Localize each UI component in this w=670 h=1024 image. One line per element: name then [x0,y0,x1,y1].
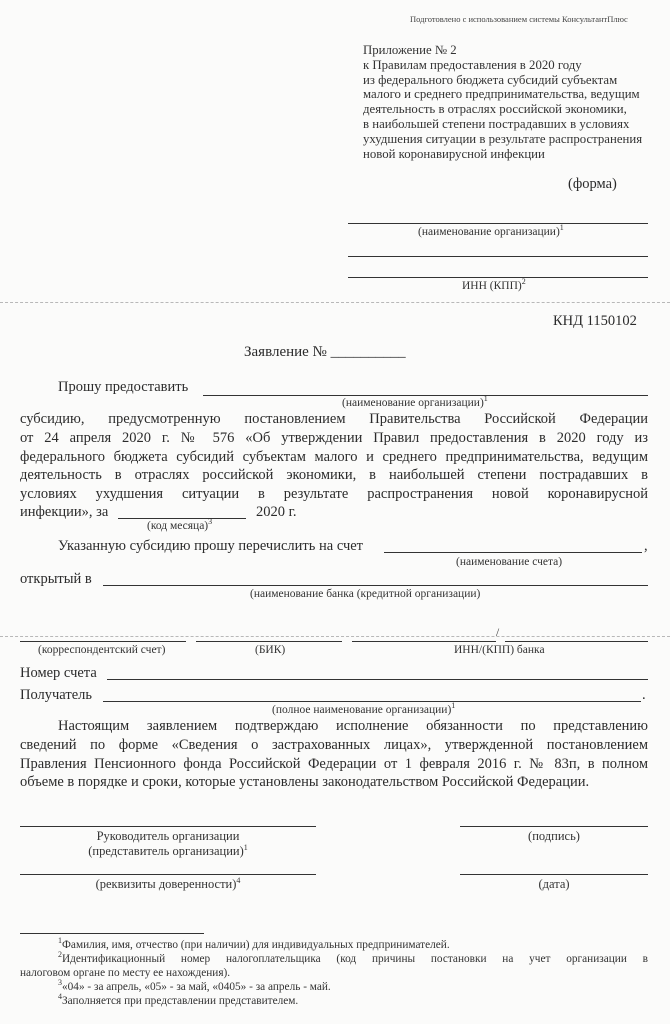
recipient-hint: (полное наименование организации)1 [272,704,455,716]
inn-field[interactable] [348,277,648,278]
footnote-separator [20,933,204,934]
scan-fold-line [0,302,670,303]
head-hint: Руководитель организации (представитель … [20,829,316,859]
poa-field[interactable] [20,874,316,875]
opened-in-label: открытый в [20,570,92,589]
month-code-field[interactable] [118,518,246,519]
scan-fold-line-2 [0,636,670,637]
recipient-field[interactable] [103,701,641,702]
footnote-3: 3«04» - за апрель, «05» - за май, «0405»… [20,980,648,994]
corr-account-field[interactable] [20,641,186,642]
signature-hint: (подпись) [460,829,648,844]
bik-hint: (БИК) [255,644,285,656]
paragraph-line: условиях ухудшения ситуации в результате… [20,485,648,504]
paragraph-line: от 24 апреля 2020 г. № 576 «Об утвержден… [20,429,648,448]
signature-field[interactable] [460,826,648,827]
org-name-field-2[interactable] [348,256,648,257]
paragraph-line: субсидию, предусмотренную постановлением… [20,410,648,429]
footnotes: 1Фамилия, имя, отчество (при наличии) дл… [20,938,648,1008]
comma: , [644,537,648,556]
appendix-line: Приложение № 2 [363,43,642,58]
bank-inn-field[interactable] [352,641,496,642]
footnote-1: 1Фамилия, имя, отчество (при наличии) дл… [20,938,648,952]
appendix-line: в наибольшей степени пострадавших в усло… [363,117,642,132]
month-code-hint: (код месяца)3 [147,520,212,532]
recipient-label: Получатель [20,686,92,705]
org-name-field[interactable] [348,223,648,224]
appendix-line: малого и среднего предпринимательства, в… [363,87,642,102]
footnote-2-cont: налоговом органе по месту ее нахождения)… [20,966,648,980]
paragraph-line: деятельность в отраслях российской эконо… [20,466,648,485]
confirmation-line: Настоящим заявлением подтверждаю исполне… [58,717,648,736]
appendix-line: к Правилам предоставления в 2020 году [363,58,642,73]
appendix-line: деятельность в отраслях российской эконо… [363,102,642,117]
paragraph-last-prefix: инфекции», за [20,503,108,522]
bank-inn-hint: ИНН/(КПП) банка [454,644,545,656]
page-title: Заявление № __________ [244,344,406,361]
bank-name-field[interactable] [103,585,648,586]
request-label: Прошу предоставить [58,378,188,397]
footnote-2: 2Идентификационный номер налогоплательщи… [20,952,648,966]
head-name-field[interactable] [20,826,316,827]
head-hint-line2: (представитель организации)1 [20,844,316,859]
slash: / [496,627,499,639]
appendix-line: из федерального бюджета субсидий субъект… [363,73,642,88]
confirmation-last-line: объеме в порядке и сроки, которые устано… [20,773,589,792]
org-name-hint: (наименование организации)1 [418,226,564,238]
form-label: (форма) [568,176,617,193]
confirmation-line: сведений по форме «Сведения о застрахова… [20,736,648,755]
request-org-field[interactable] [203,395,648,396]
head-hint-line1: Руководитель организации [20,829,316,844]
account-name-field[interactable] [384,552,642,553]
corr-account-hint: (корреспондентский счет) [38,644,165,656]
period: . [642,686,646,705]
account-name-hint: (наименование счета) [456,556,562,568]
inn-hint: ИНН (КПП)2 [462,280,526,292]
request-org-hint: (наименование организации)1 [342,397,488,409]
account-number-field[interactable] [107,679,648,680]
paragraph-line: федерального бюджета субсидий субъектам … [20,448,648,467]
footnote-4: 4Заполняется при представлении представи… [20,994,648,1008]
knd-code: КНД 1150102 [553,313,637,330]
appendix-block: Приложение № 2 к Правилам предоставления… [363,43,642,161]
appendix-line: ухудшения ситуации в результате распрост… [363,132,642,147]
date-field[interactable] [460,874,648,875]
date-hint: (дата) [460,877,648,892]
appendix-line: новой коронавирусной инфекции [363,147,642,162]
confirmation-line: Правления Пенсионного фонда Российской Ф… [20,755,648,774]
consultant-plus-header: Подготовлено с использованием системы Ко… [410,14,628,24]
paragraph-last-suffix: 2020 г. [256,503,297,522]
transfer-label: Указанную субсидию прошу перечислить на … [58,537,363,556]
bank-kpp-field[interactable] [505,641,648,642]
bank-name-hint: (наименование банка (кредитной организац… [250,588,480,600]
account-number-label: Номер счета [20,664,97,683]
bik-field[interactable] [196,641,342,642]
poa-hint: (реквизиты доверенности)4 [20,877,316,892]
